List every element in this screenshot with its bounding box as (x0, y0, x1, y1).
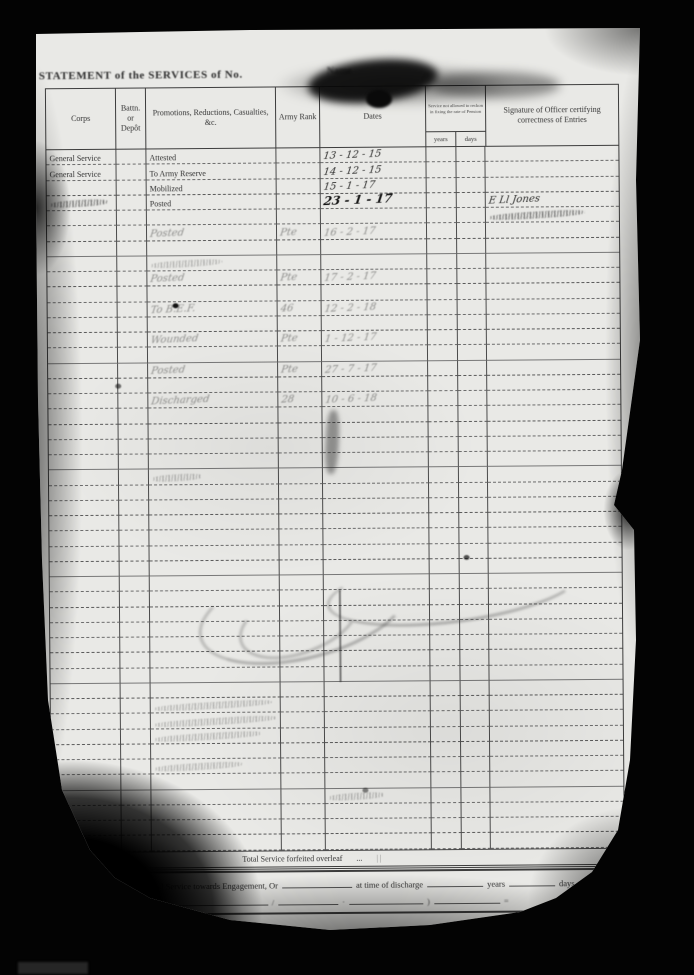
cell-promo (148, 347, 278, 363)
cell-promo: To B.E.F. (148, 301, 278, 317)
engagement-summary-box: Total Service towards Engagement, Or at … (58, 868, 650, 917)
cell-battn (118, 378, 148, 393)
cell-corps (49, 546, 119, 562)
cell-sig: E Ll Jones (486, 192, 619, 208)
cell-rank: 46 (278, 301, 322, 317)
cell-battn (121, 744, 151, 759)
cell-rank (281, 682, 325, 698)
cell-promo (147, 255, 277, 271)
paper-sheet: STATEMENT of the SERVICES of No. Name Co… (30, 28, 644, 938)
cell-rank: Pte (277, 224, 321, 240)
cell-days (456, 147, 485, 162)
cell-corps (47, 287, 117, 303)
cell-rank (277, 255, 321, 271)
cell-sig (490, 786, 623, 802)
cell-rank (279, 514, 323, 530)
cell-rank (278, 346, 322, 362)
cell-days (462, 833, 491, 848)
scanned-service-record: STATEMENT of the SERVICES of No. Name Co… (0, 0, 694, 975)
cell-corps (50, 561, 120, 577)
cell-battn (119, 485, 149, 500)
cell-sig (490, 756, 623, 772)
cell-corps (52, 805, 122, 821)
header-battn-or-depot: Battn. or Depôt (116, 88, 146, 148)
cell-years (429, 528, 459, 543)
cell-days (457, 193, 486, 208)
cell-battn (118, 332, 148, 347)
entry-text: Posted (150, 199, 171, 208)
cell-corps (52, 821, 122, 837)
cell-dates (323, 513, 429, 529)
cell-battn (116, 165, 146, 180)
cell-promo (152, 819, 282, 835)
cell-battn (120, 592, 150, 607)
cell-corps (49, 485, 119, 501)
total-leader: ... (356, 853, 362, 862)
handwriting-scrawl (154, 714, 277, 728)
cell-years (427, 239, 457, 254)
cell-rank (277, 240, 321, 256)
cell-dates (326, 818, 432, 834)
cell-promo (149, 514, 279, 530)
cell-sig (490, 680, 623, 696)
cell-promo (151, 758, 281, 774)
handwriting-scrawl (328, 791, 384, 801)
cell-rank (278, 377, 322, 393)
cell-dates (323, 498, 429, 514)
cell-sig (487, 375, 620, 391)
header-promotions: Promotions, Reductions, Casualties, &c. (146, 87, 276, 148)
cell-years (427, 208, 457, 223)
cell-dates (322, 346, 428, 362)
cell-battn (117, 195, 147, 210)
cell-days (458, 315, 487, 330)
cell-battn (121, 698, 151, 713)
cell-battn (117, 210, 147, 225)
cell-years (428, 315, 458, 330)
cell-battn (122, 836, 152, 851)
cell-days (459, 467, 488, 482)
cell-battn (119, 424, 149, 439)
engagement-line: Total Service towards Engagement, Or at … (146, 877, 640, 892)
cell-sig (486, 207, 619, 223)
cell-days (459, 498, 488, 513)
cell-dates (322, 315, 428, 331)
cell-battn (117, 271, 147, 286)
entry-text: 14 - 12 - 15 (323, 164, 382, 177)
cell-sig (487, 390, 620, 406)
entry-text: 13 - 12 - 15 (323, 149, 382, 162)
document-title: STATEMENT of the SERVICES of No. (39, 69, 243, 83)
cell-rank (282, 804, 326, 820)
cell-dates: 14 - 12 - 15 (320, 163, 426, 179)
cell-years (432, 818, 462, 833)
total-tick: | | (376, 853, 381, 862)
cell-promo (151, 789, 281, 805)
cell-days (460, 635, 489, 650)
cell-dates (322, 407, 428, 423)
cell-corps (50, 577, 120, 593)
cell-rank: Pte (278, 362, 322, 378)
cell-battn (118, 348, 148, 363)
cell-promo (151, 728, 281, 744)
cell-rank (276, 163, 320, 179)
service-table: Corps Battn. or Depôt Promotions, Reduct… (45, 84, 625, 871)
cell-corps (51, 775, 121, 791)
cell-days (460, 665, 489, 680)
cell-sig (486, 176, 619, 192)
cell-rank (279, 484, 323, 500)
cell-days (458, 406, 487, 421)
entry-text: Pte (280, 333, 298, 345)
cell-sig (487, 298, 620, 314)
cell-promo (147, 209, 277, 225)
cell-dates (326, 834, 432, 850)
cell-dates: 1 - 12 - 17 (322, 330, 428, 346)
entry-text: Wounded (150, 334, 199, 347)
cell-rank (277, 209, 321, 225)
cell-battn (121, 714, 151, 729)
cell-years (428, 376, 458, 391)
cell-promo: To Army Reserve (146, 164, 276, 180)
cell-sig (485, 161, 618, 177)
cell-sig (487, 329, 620, 345)
cell-battn (122, 820, 152, 835)
cell-rank (279, 438, 323, 454)
cell-days (461, 742, 490, 757)
cell-years (431, 711, 461, 726)
cell-battn (119, 546, 149, 561)
cell-battn (119, 439, 149, 454)
cell-dates (321, 239, 427, 255)
cell-battn (119, 500, 149, 515)
cell-battn (120, 576, 150, 591)
cell-years (431, 788, 461, 803)
cell-corps (51, 744, 121, 760)
cell-dates (325, 757, 431, 773)
cell-days (461, 696, 490, 711)
cell-dates (323, 468, 429, 484)
cell-dates (325, 712, 431, 728)
cell-years (427, 269, 457, 284)
cell-dates (321, 208, 427, 224)
cell-dates (324, 666, 430, 682)
cell-days (459, 482, 488, 497)
cell-promo (150, 667, 280, 683)
cell-dates: 16 - 2 - 17 (321, 224, 427, 240)
cell-corps (47, 241, 117, 257)
header-corps: Corps (46, 89, 116, 150)
cell-sig (488, 481, 621, 497)
cell-dates (323, 422, 429, 438)
service-line: Service / · ) = (146, 894, 640, 909)
cell-dates (325, 788, 431, 804)
cell-days (457, 254, 486, 269)
header-days: days (456, 132, 485, 146)
entry-text: Attested (149, 154, 176, 163)
cell-days (457, 223, 486, 238)
handwriting-scrawl (50, 198, 108, 208)
entry-text: To B.E.F. (150, 303, 196, 316)
cell-sig (488, 512, 621, 528)
entry-text: 10 - 6 - 18 (324, 393, 377, 406)
cell-promo: Posted (147, 225, 277, 241)
cell-rank (278, 316, 322, 332)
cell-corps (48, 409, 118, 425)
cell-corps (51, 683, 121, 699)
cell-sig (489, 634, 622, 650)
cell-years (427, 284, 457, 299)
cell-battn (118, 363, 148, 378)
cell-rank (281, 728, 325, 744)
cell-rank (281, 773, 325, 789)
cell-battn (117, 287, 147, 302)
cell-sig (490, 741, 623, 757)
cell-promo (147, 286, 277, 302)
cell-battn (117, 226, 147, 241)
cell-rank (277, 179, 321, 195)
handwriting-scrawl (150, 258, 222, 269)
entry-text: E Ll Jones (488, 194, 541, 207)
cell-years (428, 361, 458, 376)
cell-years (428, 391, 458, 406)
entry-text: Pte (279, 227, 297, 239)
cell-dates (325, 696, 431, 712)
cell-years (431, 696, 461, 711)
entry-text: 28 (281, 394, 295, 406)
cell-years (428, 330, 458, 345)
cell-promo (148, 377, 278, 393)
footer-mark-1: / (272, 898, 274, 908)
cell-rank (281, 758, 325, 774)
cell-promo (149, 438, 279, 454)
cell-years (429, 437, 459, 452)
cell-rank (281, 712, 325, 728)
cell-rank (280, 667, 324, 683)
cell-dates (325, 742, 431, 758)
cell-corps (47, 195, 117, 211)
entry-text: Posted (150, 364, 185, 376)
cell-corps (48, 394, 118, 410)
cell-promo: Posted (147, 270, 277, 286)
cell-days (456, 162, 485, 177)
cell-dates (325, 727, 431, 743)
cell-battn (119, 515, 149, 530)
service-label: Service (146, 898, 172, 908)
cell-sig (490, 695, 623, 711)
cell-promo: Posted (147, 194, 277, 210)
cell-battn (121, 775, 151, 790)
cell-days (458, 391, 487, 406)
cell-days (457, 269, 486, 284)
footer-mark-4: = (504, 896, 509, 906)
cell-rank (281, 743, 325, 759)
cell-days (457, 238, 486, 253)
cell-sig (487, 314, 620, 330)
cell-corps (48, 363, 118, 379)
cell-years (429, 452, 459, 467)
cell-battn (120, 607, 150, 622)
cell-promo (151, 743, 281, 759)
cell-dates (322, 376, 428, 392)
cell-corps (48, 317, 118, 333)
cell-rank (277, 194, 321, 210)
next-page-sliver (18, 962, 88, 974)
cell-corps (51, 699, 121, 715)
cell-years (427, 254, 457, 269)
cell-battn (121, 759, 151, 774)
cell-days (459, 421, 488, 436)
cell-promo (149, 499, 279, 515)
cell-dates (323, 529, 429, 545)
cell-dates: 17 - 2 - 17 (321, 269, 427, 285)
torn-column-sliver (650, 869, 664, 909)
cell-years (431, 727, 461, 742)
cell-days (459, 528, 488, 543)
cell-promo (152, 804, 282, 820)
cell-promo (147, 240, 277, 256)
footer-mark-2: · (342, 897, 345, 907)
cell-dates (324, 651, 430, 667)
cell-corps: General Service (46, 165, 116, 181)
cell-sig (490, 771, 623, 787)
cell-years (431, 742, 461, 757)
cell-sig (488, 497, 621, 513)
cell-battn (120, 622, 150, 637)
cell-corps (51, 760, 121, 776)
cell-battn (118, 393, 148, 408)
header-dates: Dates (320, 86, 426, 147)
cell-battn (118, 409, 148, 424)
cell-battn (116, 149, 146, 164)
cell-dates (325, 681, 431, 697)
cell-days (462, 803, 491, 818)
days-label: days (559, 878, 575, 888)
cell-corps (48, 333, 118, 349)
cell-corps (47, 272, 117, 288)
header-signature: Signature of Officer certifying correctn… (486, 85, 618, 146)
cell-years (429, 467, 459, 482)
cell-corps (47, 226, 117, 242)
cell-battn (120, 637, 150, 652)
cell-sig (486, 253, 619, 269)
cell-battn (119, 470, 149, 485)
cell-promo: Mobilized (147, 179, 277, 195)
cell-days (458, 330, 487, 345)
footer-mark-3: ) (427, 896, 430, 906)
cell-years (430, 635, 460, 650)
cell-sig (486, 237, 619, 253)
header-years: years (426, 132, 456, 146)
cell-sig (487, 359, 620, 375)
cell-days (461, 726, 490, 741)
cell-promo (151, 697, 281, 713)
cell-days (459, 452, 488, 467)
cell-years (431, 757, 461, 772)
table-body: General ServiceAttested13 - 12 - 15Gener… (46, 146, 623, 852)
entry-text: Mobilized (150, 184, 183, 193)
discharge-label: at time of discharge (356, 879, 423, 890)
cell-days (458, 345, 487, 360)
cell-battn (118, 302, 148, 317)
cell-sig (490, 725, 623, 741)
cell-years (429, 483, 459, 498)
cell-days (461, 757, 490, 772)
handwriting-scrawl (154, 699, 272, 713)
cell-corps (47, 256, 117, 272)
cell-corps (49, 516, 119, 532)
cell-rank (279, 423, 323, 439)
cell-sig (488, 451, 621, 467)
cell-rank (279, 529, 323, 545)
cell-rank (279, 545, 323, 561)
cell-corps (48, 302, 118, 318)
cell-corps (49, 455, 119, 471)
entry-text: Pte (280, 272, 298, 284)
cell-sig (487, 344, 620, 360)
entry-text: 1 - 12 - 17 (324, 332, 377, 345)
cell-corps (49, 439, 119, 455)
entry-text: Discharged (150, 394, 210, 407)
cell-promo (148, 408, 278, 424)
cell-battn (120, 561, 150, 576)
cell-dates: 12 - 2 - 18 (322, 300, 428, 316)
entry-text: 17 - 2 - 17 (324, 271, 377, 284)
cell-dates (321, 285, 427, 301)
cell-battn (119, 454, 149, 469)
cell-days (458, 376, 487, 391)
cell-corps (49, 500, 119, 516)
cell-years (426, 162, 456, 177)
total-service-label: Total Service forfeited overleaf (242, 853, 342, 863)
cell-dates: 23 - 1 - 17 (321, 193, 427, 209)
cell-sig (485, 146, 618, 162)
entry-text: To Army Reserve (150, 169, 206, 178)
pension-note: Service not allowed to reckon in fixing … (426, 86, 485, 132)
cell-sig (491, 817, 624, 833)
cell-days (461, 681, 490, 696)
cell-days (457, 177, 486, 192)
cell-corps (50, 668, 120, 684)
entry-text: 12 - 2 - 18 (324, 302, 377, 315)
cell-years (427, 223, 457, 238)
cell-corps (49, 424, 119, 440)
handwriting-scrawl (152, 472, 202, 482)
cell-years (427, 193, 457, 208)
cell-sig (486, 283, 619, 299)
cell-promo: Posted (148, 362, 278, 378)
years-label: years (487, 879, 505, 889)
cell-promo (149, 484, 279, 500)
cell-battn (117, 180, 147, 195)
cell-dates (323, 452, 429, 468)
cell-corps (50, 622, 120, 638)
cell-promo (151, 774, 281, 790)
cell-corps (47, 180, 117, 196)
cell-years (426, 147, 456, 162)
cell-promo: Wounded (148, 331, 278, 347)
cell-battn (121, 790, 151, 805)
cell-battn (121, 683, 151, 698)
cell-years (429, 422, 459, 437)
cell-years (431, 772, 461, 787)
cell-corps (50, 592, 120, 608)
cell-dates (321, 254, 427, 270)
engagement-prefix: Total Service towards Engagement, Or (146, 880, 278, 891)
entry-text: Posted (150, 273, 185, 285)
cell-rank (278, 407, 322, 423)
cell-battn (119, 531, 149, 546)
